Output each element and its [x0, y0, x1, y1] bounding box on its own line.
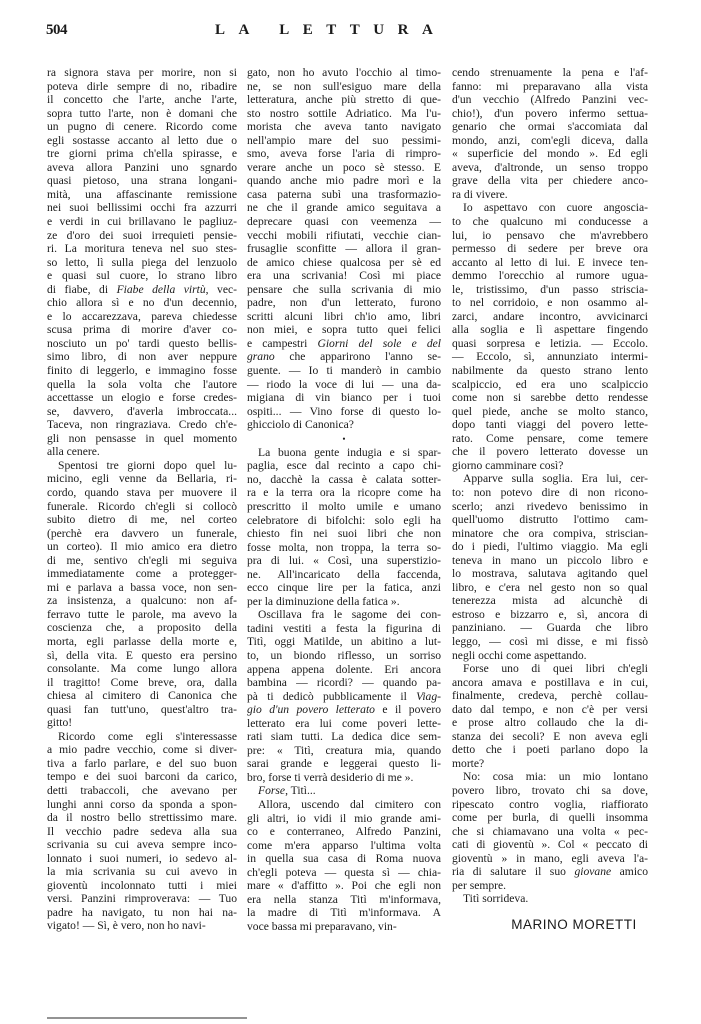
text-column-1: ra signora stava per morire, non sipotev…	[47, 66, 237, 933]
page-number: 504	[46, 22, 67, 39]
text-line: se, davvero, d'averla imbroccata...	[47, 405, 237, 419]
text-line: chiesto fin nei suoi libri che non	[247, 527, 441, 541]
italic-title: gio d'un povero letterato	[247, 703, 375, 716]
text-line: era una scrivania! Così mi piace	[247, 269, 441, 283]
text-line: ra signora stava per morire, non si	[47, 66, 237, 80]
text-line: quando anche mio padre morì e la	[247, 174, 441, 188]
text-line: « superficie del mondo ». Ed egli	[452, 147, 648, 161]
italic-title: grano	[247, 350, 275, 363]
text-line: ne, se non sull'esiguo mare della	[247, 80, 441, 94]
text-line: ra e la terra ora la ricopre come ha	[247, 486, 441, 500]
text-line: ch'egli poteva — questa sì — chia-	[247, 866, 441, 880]
text-column-2: gato, non ho avuto l'occhio al timo-ne, …	[247, 66, 441, 933]
text-line: quasi pietoso, una strana longani-	[47, 174, 237, 188]
text-line: demmo l'orecchio al rumore ugua-	[452, 269, 648, 283]
text-line: Forse, Titì...	[247, 784, 441, 798]
text-line: guente. — Io ti manderò in cambio	[247, 364, 441, 378]
text-line: tempo e dei suoi barconi da carico,	[47, 770, 237, 784]
text-line: co e conterraneo, Alfredo Panzini,	[247, 825, 441, 839]
text-line: consolante. Ma come lungo allora	[47, 662, 237, 676]
author-signature: MARINO MORETTI	[452, 918, 648, 932]
text-line: fanno: mi preparavano alla vista	[452, 80, 648, 94]
text-line: scalpiccio, ed era uno scalpiccio	[452, 378, 648, 392]
text-line: dopo tanti viaggi del povero lette-	[452, 418, 648, 432]
text-line: povero libro, trovato chi sa dove,	[452, 784, 648, 798]
text-line: aveva, d'altronde, un senso troppo	[452, 161, 648, 175]
text-line: rati siam tutti. La dedica dice sem-	[247, 730, 441, 744]
text-line: so letto, lì sulla piega del lenzuolo	[47, 256, 237, 270]
text-line: le, tristissimo, d'un passo strisciа-	[452, 283, 648, 297]
text-line: smo, aveva forse l'aria di rimpro-	[247, 147, 441, 161]
text-line: cendo strenuamente la pena e l'af-	[452, 66, 648, 80]
italic-title: Forse	[258, 784, 285, 797]
text-line: gitto!	[47, 716, 237, 730]
text-column-3: cendo strenuamente la pena e l'af-fanno:…	[452, 66, 648, 931]
text-line: per sempre.	[452, 879, 648, 893]
text-line: ria di salutare il suo giovane amico	[452, 865, 648, 879]
text-line: cordo, quando stava per muovere il	[47, 486, 237, 500]
text-line: detti trabaccoli, che avevano per	[47, 784, 237, 798]
text-line: versi. Panzini rimproverava: — Tuo	[47, 892, 237, 906]
text-line: nabilmente da questo strano lento	[452, 364, 648, 378]
text-line: appena appena dolente. Eri ancora	[247, 663, 441, 677]
text-line: che si chiamavano una volta « pec-	[452, 825, 648, 839]
text-line: quel piede, anche se molto stanco,	[452, 405, 648, 419]
text-line: morista che aveva tanto navigato	[247, 120, 441, 134]
text-line: — riodo la voce di lui — una da-	[247, 378, 441, 392]
text-line: un pugno di cenere. Ricordo come	[47, 120, 237, 134]
text-line: funerale. Ricordo ch'egli si collocò	[47, 500, 237, 514]
text-line: No: cosa mia: un mio lontano	[452, 770, 648, 784]
text-line: frusaglie sconfitte — allora il gran-	[247, 242, 441, 256]
text-line: accanto al letto di lui. E invece ten-	[452, 256, 648, 270]
text-line: di me, sentivo ch'egli mi seguiva	[47, 554, 237, 568]
text-line: do i piedi, l'ultimo viaggio. Ma egli	[452, 540, 648, 554]
text-line: alla soglia e lì aspettare fingendo	[452, 323, 648, 337]
text-line: dato dal tempo, e non c'è per versi	[452, 703, 648, 717]
text-line: tiva a farlo parlare, e del suo buon	[47, 757, 237, 771]
text-line: ancora amava e postillava e in cui,	[452, 676, 648, 690]
text-line: genario che ormai s'accomiata dal	[452, 120, 648, 134]
text-line: grave della vita per chiedere anco-	[452, 174, 648, 188]
text-line: morta, egli parlasse della morte e,	[47, 635, 237, 649]
text-line: paglia, esce dal recinto a capo chi-	[247, 459, 441, 473]
text-line: gli non pensasse in quel momento	[47, 432, 237, 446]
text-line: migiana di vin bianco per i tuoi	[247, 391, 441, 405]
text-line: accettasse un elogio e forse credes-	[47, 391, 237, 405]
text-line: Forse uno di quei libri ch'egli	[452, 662, 648, 676]
text-line: ripescato contro voglia, riaffiorato	[452, 798, 648, 812]
text-line: e campestri Giorni del sole e del	[247, 337, 441, 351]
text-line: verare anche un poco sè stesso. E	[247, 161, 441, 175]
text-line: Spentosi tre giorni dopo quel lu-	[47, 459, 237, 473]
text-line: lo mostrava, salutava agitando quel	[452, 567, 648, 581]
text-line: il concetto che l'arte, anche l'arte,	[47, 93, 237, 107]
text-line: chio!), d'un povero infermo settua-	[452, 107, 648, 121]
text-line: no, dacchè la cassa è calata sotter-	[247, 473, 441, 487]
text-line: e prose altro collaudo che la di-	[452, 716, 648, 730]
text-line: da il nostro bello strettissimo mare.	[47, 811, 237, 825]
text-line: micino, egli venne da Bellaria, ri-	[47, 472, 237, 486]
text-line: zarci, andare incontro, avvicinarci	[452, 310, 648, 324]
text-line: aveva allora Panzini uno sgnardo	[47, 161, 237, 175]
text-line: nell'ampio mare del suo pessimi-	[247, 134, 441, 148]
text-line: pensare che sulla scrivania di mio	[247, 283, 441, 297]
text-line: tadini vestiti a festa la figurina di	[247, 622, 441, 636]
text-line: nei suoi bellissimi occhi fra azzurri	[47, 201, 237, 215]
text-line: Oscillava fra le sagome dei con-	[247, 608, 441, 622]
text-line: tre giorni prima ch'ella spirasse, e	[47, 147, 237, 161]
text-line: Allora, uscendo dal cimitero con	[247, 798, 441, 812]
text-line: non miei, e sopra tutto quei felici	[247, 323, 441, 337]
text-line: quasi fan tutt'uno, quest'altro tra-	[47, 703, 237, 717]
running-title: LA LETTURA	[215, 22, 446, 39]
italic-title: Fiabe della virtù	[117, 283, 206, 296]
text-line: e lo accarezzava, pareva chiedesse	[47, 310, 237, 324]
text-line: gioventù » in mano, egli aveva l'a-	[452, 852, 648, 866]
text-line: Taceva, non ringraziava. Credo ch'e-	[47, 418, 237, 432]
text-line: estroso e bizzarro e, sì, ancora di	[452, 608, 648, 622]
text-line: la madre di Titì m'informava. A	[247, 906, 441, 920]
text-line: mondo, anzi, com'egli diceva, dalla	[452, 134, 648, 148]
text-line: poteva dirle sempre di no, ribadire	[47, 80, 237, 94]
text-line: d'un vecchio (Alfredo Panzini vec-	[452, 93, 648, 107]
text-line: gato, non ho avuto l'occhio al timo-	[247, 66, 441, 80]
text-line: gli altri, io vidi il mio grande ami-	[247, 812, 441, 826]
text-line: sto nostro sottile Adriatico. Ma l'u-	[247, 107, 441, 121]
text-line: to che qualcuno mi conducesse a	[452, 215, 648, 229]
text-line: grano che apparirono l'anno se-	[247, 350, 441, 364]
text-line: finalmente, credeva, perchè collau-	[452, 689, 648, 703]
text-line: letterato era lui come poveri lette-	[247, 717, 441, 731]
text-line: Apparve sulla soglia. Era lui, cer-	[452, 472, 648, 486]
text-line: — Eccolo, sì, annunziato intermi-	[452, 350, 648, 364]
text-line: La buona gente indugia e si spar-	[247, 446, 441, 460]
text-line: stanza dei secoli? E non aveva egli	[452, 730, 648, 744]
text-line: la mia scrivania su cui avevo in	[47, 865, 237, 879]
text-line: casa paterna subì una trasformazio-	[247, 188, 441, 202]
text-line: lunghi anni corso da sponda a spon-	[47, 798, 237, 812]
text-line: quella la sola volta che l'autore	[47, 378, 237, 392]
text-line: za insistenza, a qualcuno: non af-	[47, 594, 237, 608]
text-line: scritti alcuni libri ch'io amo, libri	[247, 310, 441, 324]
text-line: deprecare quasi con veemenza —	[247, 215, 441, 229]
text-line: subito dietro di me, nel corteo	[47, 513, 237, 527]
text-line: chio allora sì e no d'un decennio,	[47, 296, 237, 310]
text-line: mità, una affascinante remissione	[47, 188, 237, 202]
text-line: to nel corridoio, e non osammo al-	[452, 296, 648, 310]
text-line: di fiabe, di Fiabe della virtù, vec-	[47, 283, 237, 297]
text-line: che il povero letterato dovesse un	[452, 445, 648, 459]
text-line: il tragitto! Come breve, ora, dalla	[47, 676, 237, 690]
text-line: Ricordo come egli s'interessasse	[47, 730, 237, 744]
text-line: libro, e c'era nel gesto non so qual	[452, 581, 648, 595]
text-line: a mio padre vecchio, come si diver-	[47, 743, 237, 757]
text-line: (perchè era davvero un funerale,	[47, 527, 237, 541]
text-line: ghicciolo di Canonica?	[247, 418, 441, 432]
text-line: mi e parlava a bassa voce, non sen-	[47, 581, 237, 595]
text-line: come non si sarebbe detto rendesse	[452, 391, 648, 405]
text-line: to, un biondo riflesso, un sorriso	[247, 649, 441, 663]
text-line: bambina — ricordi? — quando pa-	[247, 676, 441, 690]
text-line: era nella stanza Titì m'informava,	[247, 893, 441, 907]
text-line: ze d'oro dei suoi irrequieti pensie-	[47, 229, 237, 243]
text-line: fosse molta, non troppa, la terra so-	[247, 541, 441, 555]
text-line: minatore che ora compiva, striscian-	[452, 527, 648, 541]
text-line: quasi sorpresa e letizia. — Eccolo.	[452, 337, 648, 351]
text-line: morte?	[452, 757, 648, 771]
text-line: scusa prima di morire d'aver co-	[47, 323, 237, 337]
text-line: Titì, oggi Matilde, un abitino a lut-	[247, 635, 441, 649]
text-line: quell'uomo distrutto l'ottimo cam-	[452, 513, 648, 527]
italic-title: Giorni del sole e del	[317, 337, 441, 350]
text-line: come per burla, di quelli insomma	[452, 811, 648, 825]
text-line: chiesa al cimitero di Canonica che	[47, 689, 237, 703]
italic-title: giovane	[574, 865, 611, 878]
text-line: sarai grande e leggerai questo li-	[247, 757, 441, 771]
text-line: de amico chiese qualcosa per sè ed	[247, 256, 441, 270]
text-line: ferravo tutte le parole, ma avevo la	[47, 608, 237, 622]
text-line: leggo, — così mi disse, e mi fissò	[452, 635, 648, 649]
text-line: celebratore di bifolchi: solo egli ha	[247, 514, 441, 528]
text-line: padre ha navigato, tu non hai na-	[47, 906, 237, 920]
text-line: scerlo; anzi rivedevo benissimo in	[452, 500, 648, 514]
text-line: ospiti... — Vino forse di questo lo-	[247, 405, 441, 419]
text-line: padre, non d'un letterato, furono	[247, 296, 441, 310]
text-line: pà ti dedicò pubblicamente il Viag-	[247, 690, 441, 704]
text-line: e quasi sul cuore, lo strano libro	[47, 269, 237, 283]
text-line: immediatamente come a protegger-	[47, 567, 237, 581]
text-line: vecchi mobili rifiutati, vecchie cian-	[247, 229, 441, 243]
text-line: tenerezza mista ad alcunchè di	[452, 594, 648, 608]
text-line: gio d'un povero letterato e il povero	[247, 703, 441, 717]
text-line: rato. Come pensare, come temere	[452, 432, 648, 446]
text-line: alla cenere.	[47, 445, 237, 459]
text-line: Io aspettavo con cuore angoscia-	[452, 201, 648, 215]
text-line: ne. All'incaricato della faccenda,	[247, 568, 441, 582]
bottom-rule	[47, 1017, 247, 1019]
text-line: ri. La moritura teneva nel suo stes-	[47, 242, 237, 256]
text-line: detto che i poeti parlano dopo la	[452, 743, 648, 757]
text-line: un corteo). Il mio amico era dietro	[47, 540, 237, 554]
text-line: simo libro, di non aver neppure	[47, 350, 237, 364]
text-line: pra di lui. « Così, una superstizio-	[247, 554, 441, 568]
text-line: ecco cinque lire per la fatica, anzi	[247, 581, 441, 595]
text-line: negli occhi come aspettando.	[452, 649, 648, 663]
text-line: egli sostasse accanto al letto due o	[47, 134, 237, 148]
text-line: nosciuto un po' tardi questo bellis-	[47, 337, 237, 351]
text-line: e verdi in cui brillavano le pagliuz-	[47, 215, 237, 229]
text-line: ra di vivere.	[452, 188, 648, 202]
text-line: Il vecchio padre sedeva alla sua	[47, 825, 237, 839]
text-line: in quella sua casa di Roma nuova	[247, 852, 441, 866]
text-line: permesso di sedere per breve ora	[452, 242, 648, 256]
text-line: cati di gioventù ». Col « peccato di	[452, 838, 648, 852]
text-line: giorno camminare così?	[452, 459, 648, 473]
text-line: voce bassa mi preparavano, vin-	[247, 920, 441, 934]
text-line: panziniano. — Guarda che libro	[452, 621, 648, 635]
text-line: scrivania su cui aveva sempre inco-	[47, 838, 237, 852]
text-line: vigato! — Sì, è vero, non ho navi-	[47, 919, 237, 933]
italic-title: Viag-	[416, 690, 441, 703]
text-line: coscienza che, a proposito della	[47, 621, 237, 635]
text-line: letteratura, anche più stretto di que-	[247, 93, 441, 107]
text-line: mare « d'affitto ». Poi che egli non	[247, 879, 441, 893]
text-line: per la diminuzione della fatica ».	[247, 595, 441, 609]
text-line: finito di leggerlo, e immagino fosse	[47, 364, 237, 378]
text-line: come m'era apparso l'ultima volta	[247, 839, 441, 853]
text-line: lui, io pensavo che m'avrebbero	[452, 229, 648, 243]
page-header: 504 LA LETTURA	[0, 0, 701, 56]
text-line: to: non potevo dire di non ricono-	[452, 486, 648, 500]
text-line: lonnato i suoi numeri, io sedevo al-	[47, 852, 237, 866]
text-line: bro, forse ti verrà desiderio di me ».	[247, 771, 441, 785]
text-line: teneva in mano un piccolo libro e	[452, 554, 648, 568]
text-line: pre: « Titì, creatura mia, quando	[247, 744, 441, 758]
text-line: ne che il grande amico seguitava a	[247, 201, 441, 215]
text-line: sopra tutto l'arte, non è domani che	[47, 107, 237, 121]
text-line: Titì sorrideva.	[452, 892, 648, 906]
text-line: prescritto il molto umile e umano	[247, 500, 441, 514]
text-line: gioventù incolonnato tutti i miei	[47, 879, 237, 893]
section-separator: •	[247, 432, 441, 446]
text-line: sì, della vita. E questo era persino	[47, 649, 237, 663]
